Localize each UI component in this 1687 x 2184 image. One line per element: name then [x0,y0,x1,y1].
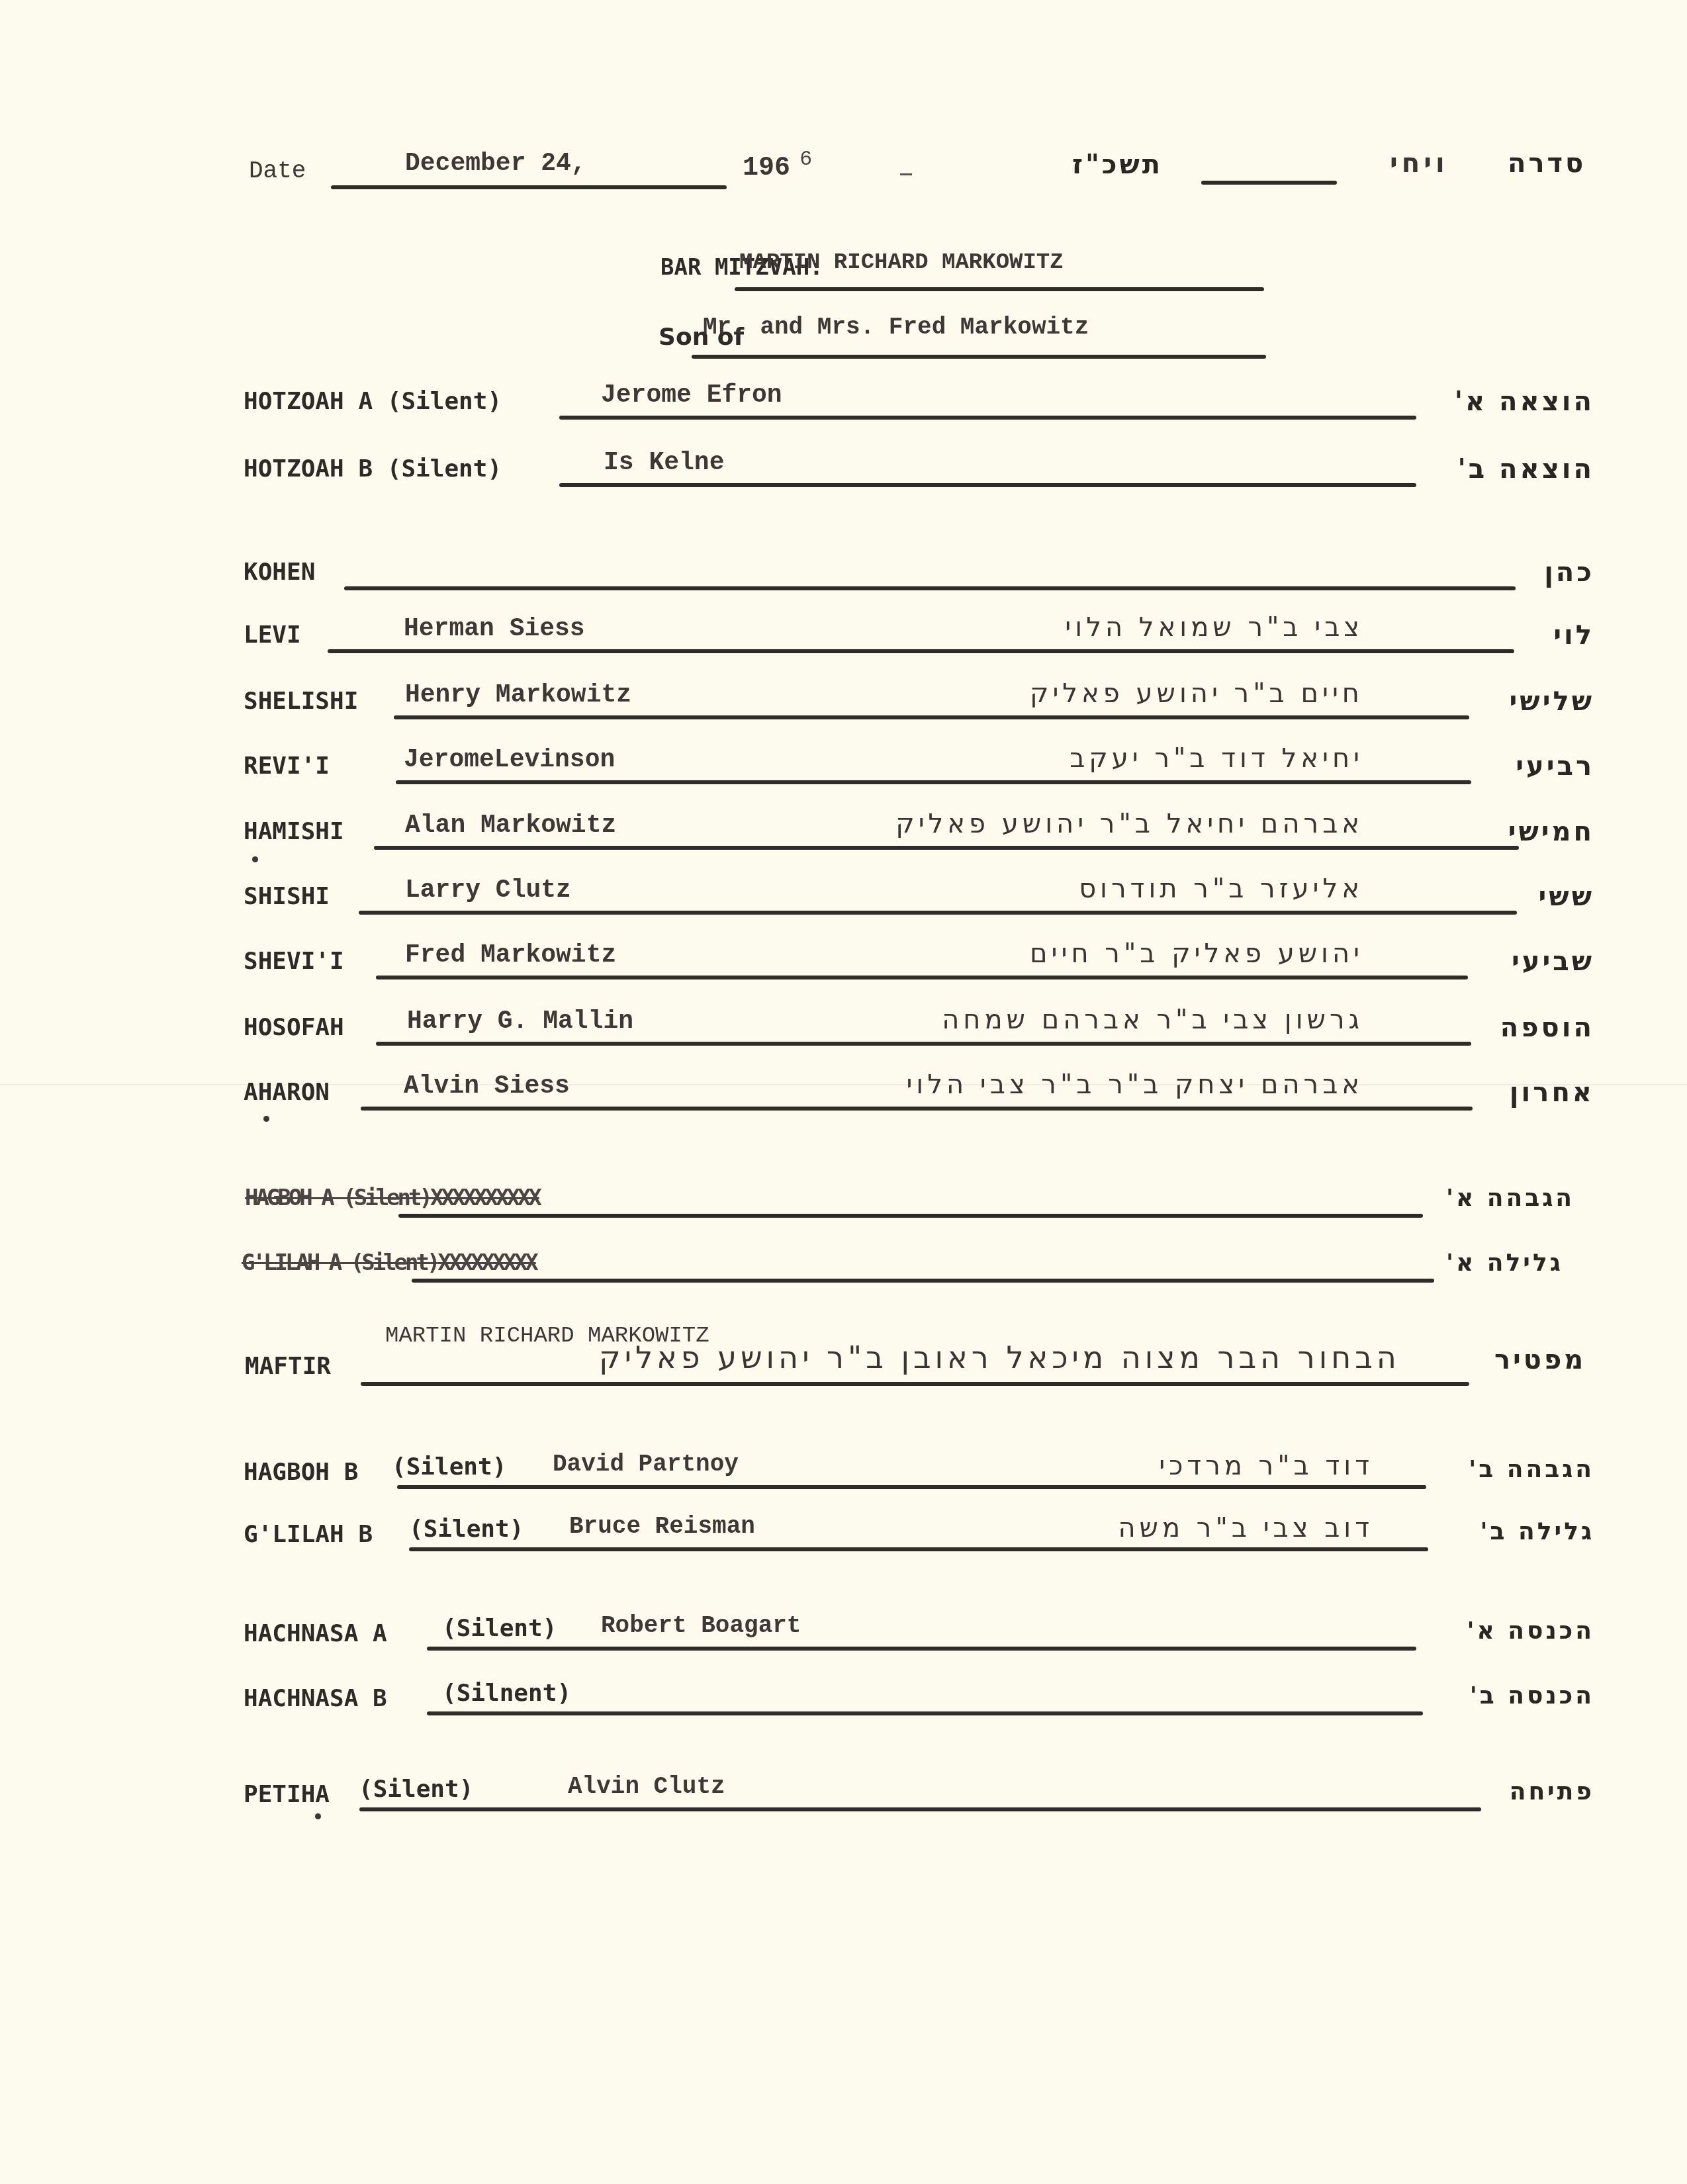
shevii-hebrew-label: שביעי [1512,946,1594,977]
shelishi-hebrew-name: חיים ב"ר יהושע פאליק [1030,678,1363,709]
kohen-hebrew-label: כהן [1544,557,1594,588]
shishi-hebrew-label: ששי [1539,882,1594,912]
date-value: December 24, [405,150,586,178]
petiha-label: PETIHA [244,1781,330,1808]
hachnasa-a-hebrew-label: הכנסה א' [1467,1617,1594,1645]
hachnasa-b-silent-note: (Silnent) [442,1680,571,1707]
hachnasa-b-label: HACHNASA B [244,1685,387,1712]
revii-underline [396,780,1471,784]
hagboh-a-hebrew-label: הגבהה א' [1446,1185,1574,1212]
maftir-label: MAFTIR [245,1353,331,1380]
petiha-diacritic [315,1813,321,1819]
hotzoah-b-hebrew-label: הוצאה ב' [1458,454,1595,484]
hamishi-underline [374,846,1519,850]
hosofah-label: HOSOFAH [244,1014,344,1041]
shelishi-name: Henry Markowitz [405,681,631,709]
gelilah-a-underline [412,1279,1434,1283]
aharon-underline [361,1107,1473,1111]
hachnasa-b-hebrew-label: הכנסה ב' [1470,1682,1594,1709]
petiha-underline [359,1807,1481,1811]
hagboh-b-hebrew-name: דוד ב"ר מרדכי [1159,1451,1373,1481]
shevii-underline [376,976,1468,979]
levi-hebrew-name: צבי ב"ר שמואל הלוי [1065,612,1363,643]
kohen-label: KOHEN [244,559,315,586]
dash-mark [900,173,912,175]
hotzoah-b-underline [559,483,1416,487]
shevii-hebrew-name: יהושע פאליק ב"ר חיים [1030,938,1363,969]
hagboh-b-hebrew-label: הגבהה ב' [1469,1456,1594,1483]
gelilah-a-overstrike: XXXXXXXXX [437,1250,535,1276]
gelilah-b-name: Bruce Reisman [569,1513,755,1540]
hotzoah-a-label: HOTZOAH A (Silent) [244,388,502,415]
levi-underline [328,649,1514,653]
revii-hebrew-label: רביעי [1516,751,1594,782]
petiha-hebrew-label: פתיחה [1510,1778,1594,1805]
hagboh-a-underline [398,1214,1423,1218]
aharon-label: AHARON [244,1079,330,1106]
revii-label: REVI'I [244,752,330,780]
hagboh-b-underline [397,1485,1426,1489]
hachnasa-a-label: HACHNASA A [244,1620,387,1647]
maftir-hebrew-label: מפטיר [1494,1345,1586,1375]
hamishi-name: Alan Markowitz [405,811,616,840]
parents-name: Mr. and Mrs. Fred Markowitz [703,314,1089,341]
bar-mitzvah-name: MARTIN RICHARD MARKOWITZ [739,250,1064,275]
gelilah-b-silent-note: (Silent) [409,1516,524,1543]
hachnasa-a-name: Robert Boagart [601,1612,801,1639]
shishi-label: SHISHI [244,883,330,910]
hagboh-a-overstrike: XXXXXXXXXX [430,1185,539,1211]
hotzoah-a-hebrew-label: הוצאה א' [1455,387,1594,417]
hagboh-b-label: HAGBOH B [244,1459,358,1486]
hamishi-hebrew-label: חמישי [1508,817,1594,847]
hamishi-label: HAMISHI [244,818,344,845]
son-of-underline [692,355,1266,359]
shelishi-label: SHELISHI [244,688,358,715]
date-label: Date [249,158,306,185]
gelilah-a-label: G'LILAH A (Silent) [242,1250,437,1276]
aharon-hebrew-name: אברהם יצחק ב"ר ב"ר צבי הלוי [906,1069,1363,1100]
hagboh-b-name: David Partnoy [553,1451,739,1478]
shishi-hebrew-name: אליעזר ב"ר תודרוס [1079,874,1363,904]
aharon-name: Alvin Siess [404,1072,570,1101]
hosofah-underline [376,1042,1471,1046]
levi-label: LEVI [244,621,301,649]
aharon-hebrew-label: אחרון [1510,1077,1594,1108]
petiha-name: Alvin Clutz [568,1773,725,1800]
hosofah-hebrew-label: הוספה [1500,1013,1594,1043]
maftir-underline [361,1382,1469,1386]
gelilah-b-hebrew-name: דוב צבי ב"ר משה [1118,1513,1373,1543]
sidra-label: סדרה [1508,148,1586,179]
hosofah-name: Harry G. Mallin [407,1007,633,1036]
maftir-hebrew-name: הבחור הבר מצוה מיכאל ראובן ב"ר יהושע פאל… [599,1340,1400,1375]
shishi-name: Larry Clutz [405,876,571,905]
year-prefix: 196 [743,154,790,183]
hotzoah-a-name: Jerome Efron [601,381,782,410]
bar-mitzvah-underline [735,287,1264,291]
hosofah-hebrew-name: גרשון צבי ב"ר אברהם שמחה [942,1005,1363,1035]
hachnasa-a-underline [427,1647,1416,1651]
hamishi-diacritic [252,856,258,862]
levi-name: Herman Siess [404,615,585,643]
sidra-underline [1201,181,1337,185]
hachnasa-b-underline [427,1711,1423,1715]
shelishi-hebrew-label: שלישי [1510,686,1594,717]
hachnasa-a-silent-note: (Silent) [442,1615,557,1642]
hagboh-b-silent-note: (Silent) [392,1453,506,1480]
kohen-underline [344,586,1516,590]
hotzoah-b-name: Is Kelne [604,449,724,477]
gelilah-a-struck-label: G'LILAH A (Silent)XXXXXXXXX [242,1250,536,1276]
hotzoah-a-underline [559,416,1416,420]
shevii-name: Fred Markowitz [405,941,616,970]
sidra-value: ויחי [1390,148,1449,179]
petiha-silent-note: (Silent) [359,1776,473,1803]
hebrew-year: תשכ"ז [1072,150,1163,180]
gelilah-b-underline [409,1547,1428,1551]
shevii-label: SHEVI'I [244,948,344,975]
revii-name: JeromeLevinson [404,746,615,774]
hagboh-a-struck-label: HAGBOH A (Silent)XXXXXXXXXX [245,1185,539,1211]
shishi-underline [359,911,1517,915]
date-underline [331,185,727,189]
levi-hebrew-label: לוי [1553,620,1594,651]
year-suffix: 6 [799,147,812,171]
gelilah-a-hebrew-label: גלילה א' [1446,1250,1563,1277]
aharon-diacritic [263,1116,269,1122]
hotzoah-b-label: HOTZOAH B (Silent) [244,455,502,482]
gelilah-b-label: G'LILAH B [244,1521,373,1548]
hamishi-hebrew-name: אברהם יחיאל ב"ר יהושע פאליק [895,809,1363,839]
shelishi-underline [394,715,1469,719]
revii-hebrew-name: יחיאל דוד ב"ר יעקב [1070,743,1363,774]
hagboh-a-label: HAGBOH A (Silent) [245,1185,430,1211]
gelilah-b-hebrew-label: גלילה ב' [1481,1518,1594,1545]
